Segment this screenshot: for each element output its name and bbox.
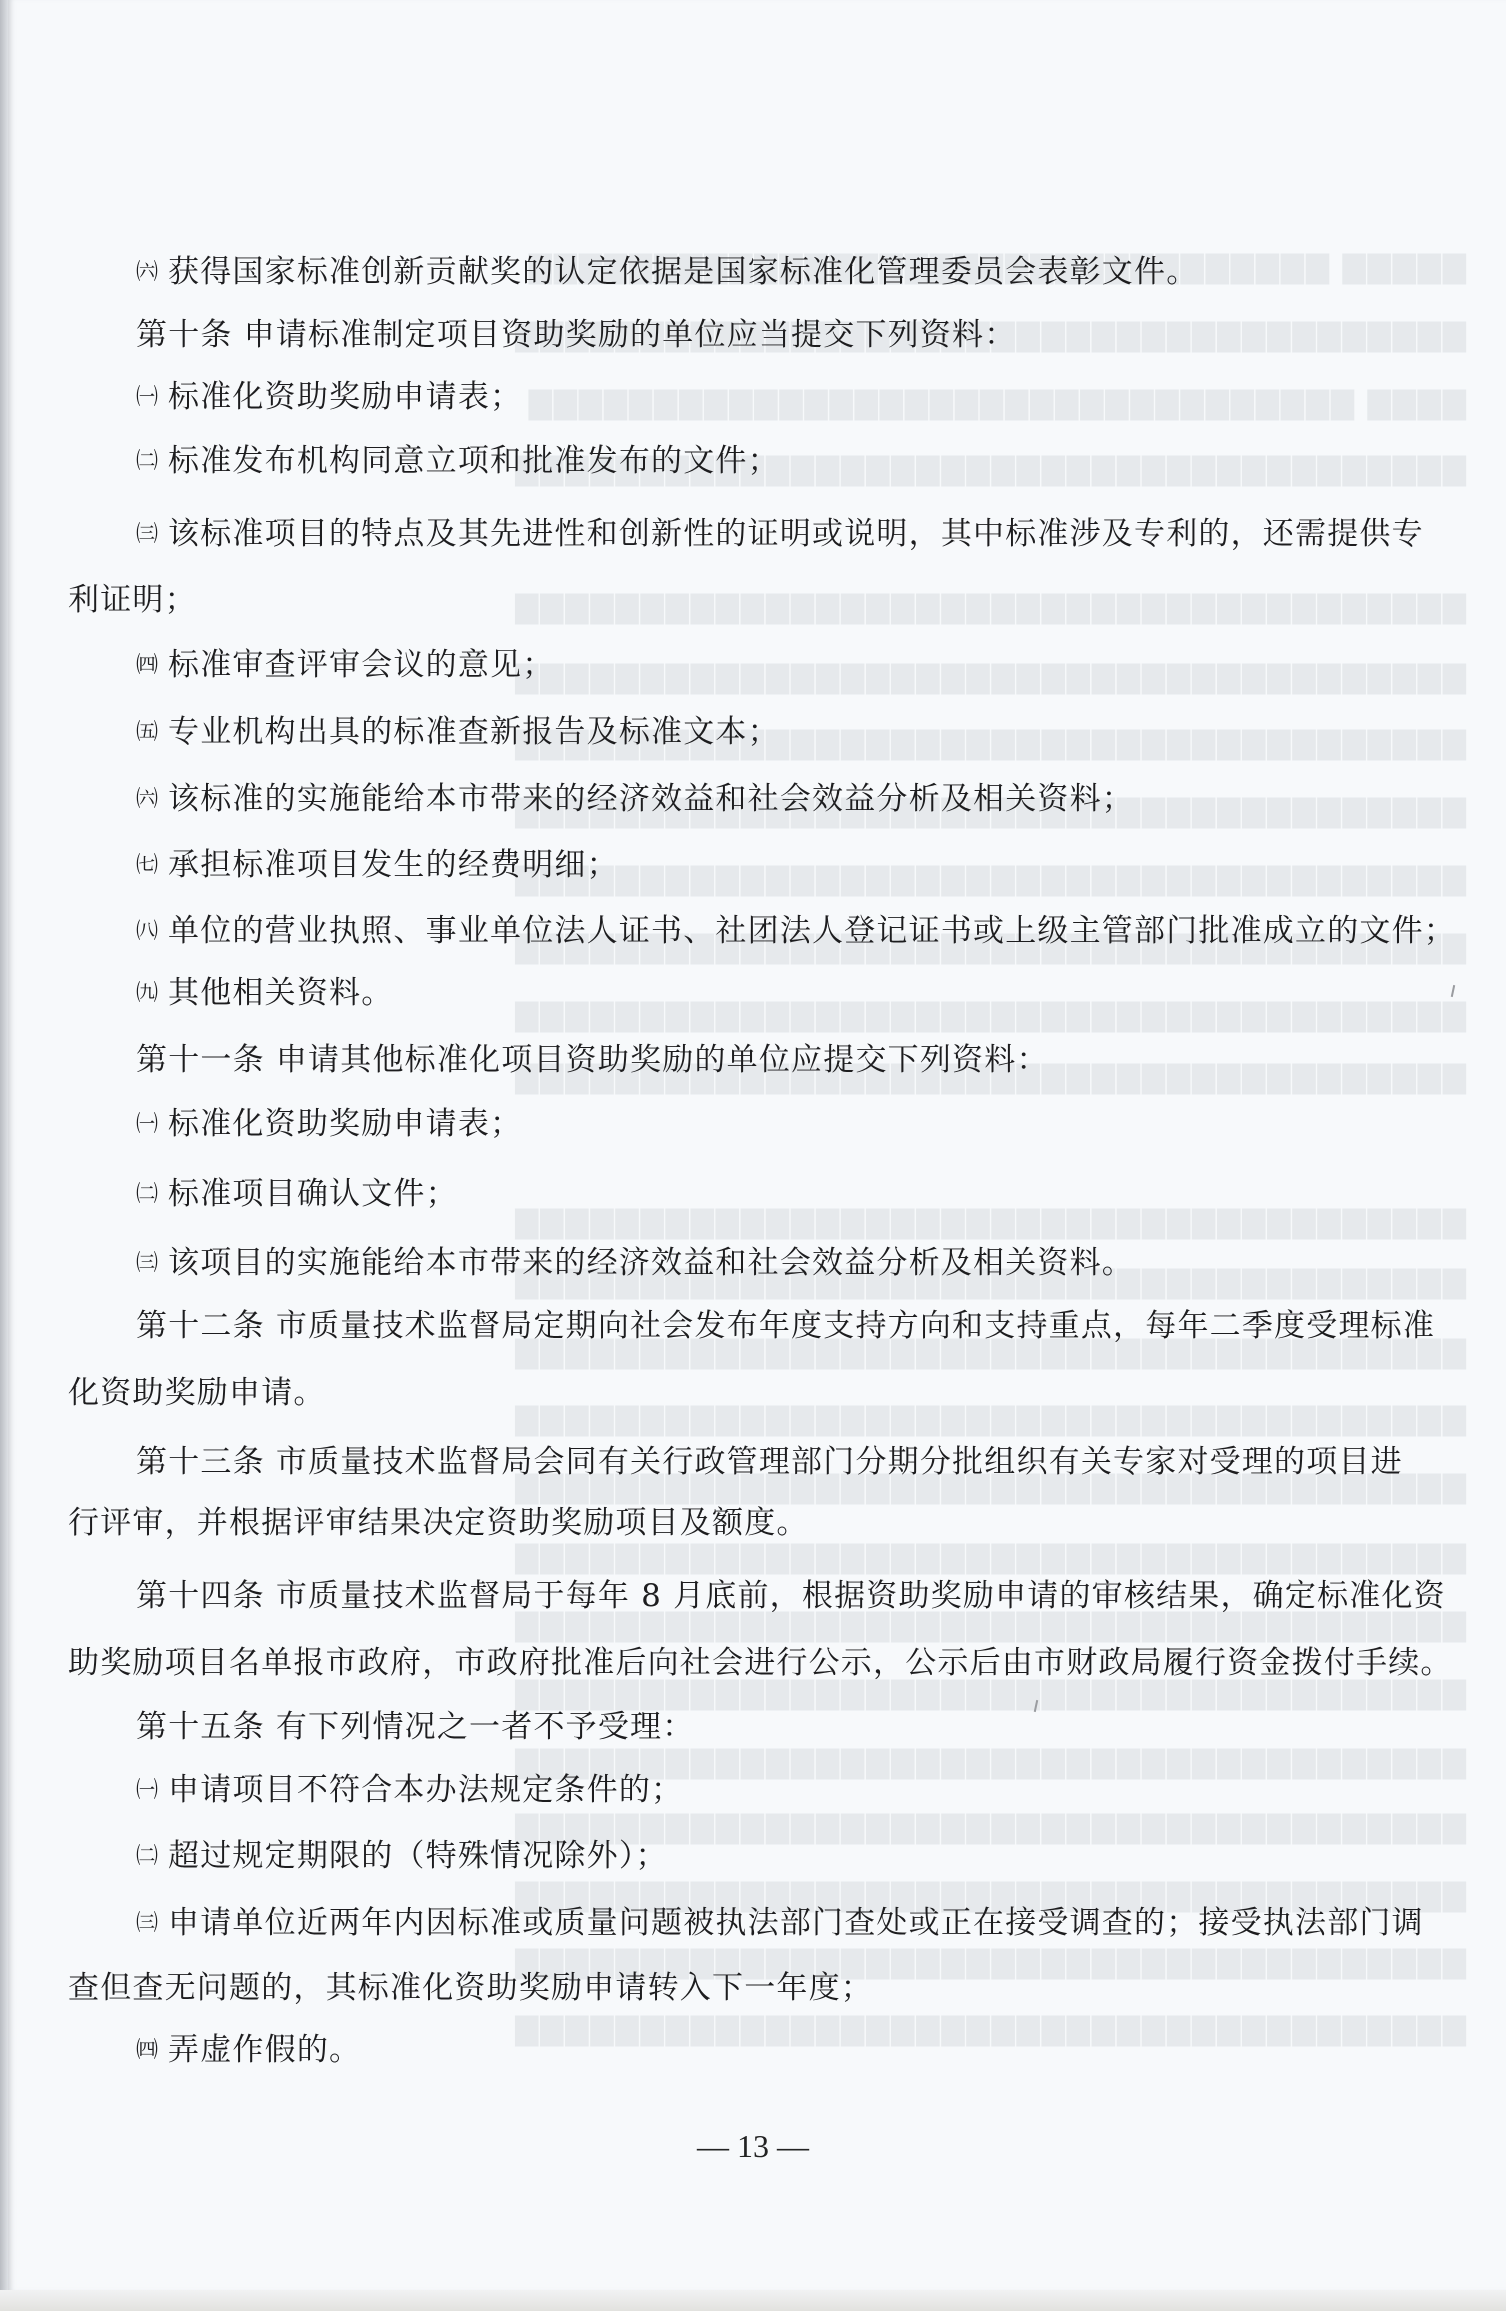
bleed-through-shadow: ▇▇▇▇▇▇▇▇▇▇▇▇▇▇▇▇▇▇▇▇▇▇▇▇▇▇▇▇▇▇▇▇▇▇▇▇▇▇ bbox=[68, 590, 1466, 625]
scanner-edge-bottom bbox=[0, 2290, 1506, 2311]
list-item: ㈡标准发布机构同意立项和批准发布的文件； bbox=[136, 441, 780, 482]
line-text: 其他相关资料。 bbox=[168, 975, 393, 1011]
list-item: ㈠标准化资助奖励申请表； bbox=[136, 377, 522, 418]
list-marker: ㈨ bbox=[136, 974, 158, 1014]
list-item: ㈦承担标准项目发生的经费明细； bbox=[136, 845, 619, 886]
list-marker: ㈦ bbox=[136, 846, 158, 886]
article-heading: 第十一条 申请其他标准化项目资助奖励的单位应提交下列资料： bbox=[136, 1040, 1049, 1080]
list-marker: ㈡ bbox=[136, 442, 158, 482]
list-item: ㈤专业机构出具的标准查新报告及标准文本； bbox=[136, 712, 780, 753]
page-number: — 13 — bbox=[0, 2128, 1506, 2165]
line-text: 该项目的实施能给本市带来的经济效益和社会效益分析及相关资料。 bbox=[168, 1245, 1134, 1281]
list-marker: ㈥ bbox=[136, 253, 158, 293]
article-paragraph-continuation: 助奖励项目名单报市政府，市政府批准后向社会进行公示，公示后由市财政局履行资金拨付… bbox=[68, 1643, 1453, 1683]
list-item-continuation: 查但查无问题的，其标准化资助奖励申请转入下一年度； bbox=[68, 1968, 873, 2008]
line-text: 利证明； bbox=[68, 582, 197, 618]
line-text: 单位的营业执照、事业单位法人证书、社团法人登记证书或上级主管部门批准成立的文件； bbox=[168, 913, 1456, 949]
list-marker: ㈠ bbox=[136, 1105, 158, 1145]
list-marker: ㈣ bbox=[136, 2031, 158, 2071]
bleed-through-shadow: ▇▇▇▇▇▇▇▇▇▇▇▇▇▇▇▇▇▇▇▇▇▇▇▇▇▇▇▇▇▇▇▇▇▇▇▇▇▇ bbox=[68, 1540, 1466, 1575]
line-text: 第十二条 市质量技术监督局定期向社会发布年度支持方向和支持重点，每年二季度受理标… bbox=[136, 1308, 1435, 1344]
list-item: ㈧单位的营业执照、事业单位法人证书、社团法人登记证书或上级主管部门批准成立的文件… bbox=[136, 911, 1456, 952]
line-text: 第十三条 市质量技术监督局会同有关行政管理部门分期分批组织有关专家对受理的项目进 bbox=[136, 1444, 1403, 1480]
line-text: 获得国家标准创新贡献奖的认定依据是国家标准化管理委员会表彰文件。 bbox=[168, 254, 1198, 290]
article-paragraph: 第十三条 市质量技术监督局会同有关行政管理部门分期分批组织有关专家对受理的项目进 bbox=[136, 1442, 1403, 1482]
line-text: 第十四条 市质量技术监督局于每年 8 月底前，根据资助奖励申请的审核结果，确定标… bbox=[136, 1578, 1446, 1614]
list-marker: ㈢ bbox=[136, 515, 158, 555]
list-item: ㈡标准项目确认文件； bbox=[136, 1174, 458, 1215]
list-item: ㈣标准审查评审会议的意见； bbox=[136, 645, 554, 686]
line-text: 标准化资助奖励申请表； bbox=[168, 379, 522, 415]
list-marker: ㈧ bbox=[136, 912, 158, 952]
line-text: 助奖励项目名单报市政府，市政府批准后向社会进行公示，公示后由市财政局履行资金拨付… bbox=[68, 1645, 1453, 1681]
list-marker: ㈠ bbox=[136, 378, 158, 418]
list-item: ㈡超过规定期限的（特殊情况除外）； bbox=[136, 1836, 668, 1877]
line-text: 标准发布机构同意立项和批准发布的文件； bbox=[168, 443, 780, 479]
list-item: ㈢该标准项目的特点及其先进性和创新性的证明或说明，其中标准涉及专利的，还需提供专 bbox=[136, 514, 1424, 555]
list-marker: ㈢ bbox=[136, 1244, 158, 1284]
list-item: ㈠标准化资助奖励申请表； bbox=[136, 1104, 522, 1145]
list-item: ㈨其他相关资料。 bbox=[136, 973, 393, 1014]
list-item: ㈢该项目的实施能给本市带来的经济效益和社会效益分析及相关资料。 bbox=[136, 1243, 1134, 1284]
list-item-continuation: 利证明； bbox=[68, 580, 197, 620]
line-text: 第十五条 有下列情况之一者不予受理： bbox=[136, 1709, 694, 1745]
article-paragraph: 第十四条 市质量技术监督局于每年 8 月底前，根据资助奖励申请的审核结果，确定标… bbox=[136, 1576, 1446, 1616]
list-marker: ㈠ bbox=[136, 1771, 158, 1811]
line-text: 专业机构出具的标准查新报告及标准文本； bbox=[168, 714, 780, 750]
article-heading: 第十条 申请标准制定项目资助奖励的单位应当提交下列资料： bbox=[136, 315, 1016, 355]
list-item: ㈥该标准的实施能给本市带来的经济效益和社会效益分析及相关资料； bbox=[136, 779, 1134, 820]
line-text: 申请单位近两年内因标准或质量问题被执法部门查处或正在接受调查的；接受执法部门调 bbox=[168, 1905, 1424, 1941]
line-text: 承担标准项目发生的经费明细； bbox=[168, 847, 619, 883]
list-item: ㈣弄虚作假的。 bbox=[136, 2030, 361, 2071]
line-text: 标准项目确认文件； bbox=[168, 1176, 458, 1212]
list-marker: ㈥ bbox=[136, 780, 158, 820]
line-text: 化资助奖励申请。 bbox=[68, 1375, 326, 1411]
line-text: 行评审，并根据评审结果决定资助奖励项目及额度。 bbox=[68, 1505, 809, 1541]
line-text: 第十条 申请标准制定项目资助奖励的单位应当提交下列资料： bbox=[136, 317, 1016, 353]
line-text: 该标准项目的特点及其先进性和创新性的证明或说明，其中标准涉及专利的，还需提供专 bbox=[168, 516, 1424, 552]
list-item: ㈥获得国家标准创新贡献奖的认定依据是国家标准化管理委员会表彰文件。 bbox=[136, 252, 1198, 293]
article-paragraph-continuation: 化资助奖励申请。 bbox=[68, 1373, 326, 1413]
scanner-edge-left bbox=[0, 0, 8, 2311]
line-text: 弄虚作假的。 bbox=[168, 2032, 361, 2068]
line-text: 申请项目不符合本办法规定条件的； bbox=[168, 1772, 683, 1808]
list-marker: ㈤ bbox=[136, 713, 158, 753]
line-text: 第十一条 申请其他标准化项目资助奖励的单位应提交下列资料： bbox=[136, 1042, 1049, 1078]
article-heading: 第十五条 有下列情况之一者不予受理： bbox=[136, 1707, 694, 1747]
line-text: 查但查无问题的，其标准化资助奖励申请转入下一年度； bbox=[68, 1970, 873, 2006]
list-item: ㈠申请项目不符合本办法规定条件的； bbox=[136, 1770, 683, 1811]
list-marker: ㈢ bbox=[136, 1904, 158, 1944]
line-text: 标准审查评审会议的意见； bbox=[168, 647, 554, 683]
list-item: ㈢申请单位近两年内因标准或质量问题被执法部门查处或正在接受调查的；接受执法部门调 bbox=[136, 1903, 1424, 1944]
line-text: 该标准的实施能给本市带来的经济效益和社会效益分析及相关资料； bbox=[168, 781, 1134, 817]
article-paragraph: 第十二条 市质量技术监督局定期向社会发布年度支持方向和支持重点，每年二季度受理标… bbox=[136, 1306, 1435, 1346]
article-paragraph-continuation: 行评审，并根据评审结果决定资助奖励项目及额度。 bbox=[68, 1503, 809, 1543]
list-marker: ㈡ bbox=[136, 1837, 158, 1877]
line-text: 超过规定期限的（特殊情况除外）； bbox=[168, 1838, 668, 1874]
list-marker: ㈡ bbox=[136, 1175, 158, 1215]
line-text: 标准化资助奖励申请表； bbox=[168, 1106, 522, 1142]
list-marker: ㈣ bbox=[136, 646, 158, 686]
